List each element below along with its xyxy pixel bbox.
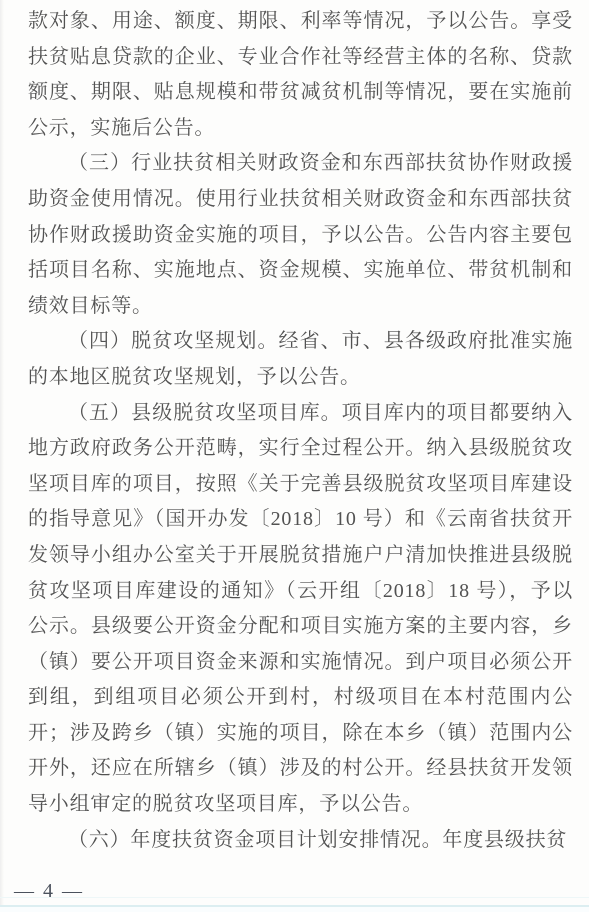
page-number: — 4 — — [14, 880, 84, 903]
paragraph: 款对象、用途、额度、期限、利率等情况，予以公告。享受扶贫贴息贷款的企业、专业合作… — [28, 4, 573, 146]
scan-artifact-line — [0, 897, 589, 898]
document-page: 款对象、用途、额度、期限、利率等情况，予以公告。享受扶贫贴息贷款的企业、专业合作… — [0, 0, 589, 912]
paragraph: （五）县级脱贫攻坚项目库。项目库内的项目都要纳入地方政府政务公开范畴，实行全过程… — [28, 396, 573, 823]
scan-left-edge — [0, 0, 4, 912]
paragraph: （六）年度扶贫资金项目计划安排情况。年度县级扶贫 — [28, 823, 573, 859]
paragraph: （三）行业扶贫相关财政资金和东西部扶贫协作财政援助资金使用情况。使用行业扶贫相关… — [28, 146, 573, 324]
scan-bottom-band — [0, 907, 589, 912]
paragraph: （四）脱贫攻坚规划。经省、市、县各级政府批准实施的本地区脱贫攻坚规划，予以公告。 — [28, 324, 573, 395]
body-text: 款对象、用途、额度、期限、利率等情况，予以公告。享受扶贫贴息贷款的企业、专业合作… — [28, 4, 573, 858]
